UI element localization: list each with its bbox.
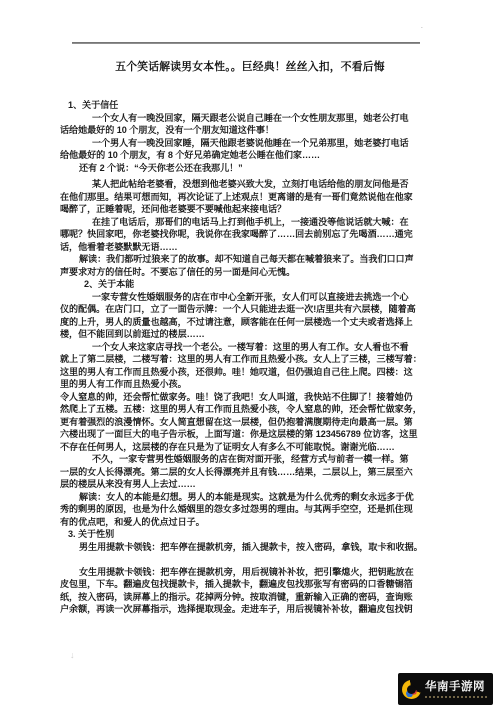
document-page: ˊ 五个笑话解读男女本性。。巨经典！丝丝入扣，不看后悔 1、关于信任一个女人有一… bbox=[0, 0, 500, 708]
text-line: 解读：女人的本能是幻想。男人的本能是现实。这就是为什么优秀的剩女永远多于优 bbox=[60, 491, 440, 504]
text-line: 话给她最好的 10 个朋友，没有一个朋友知道这件事！ bbox=[60, 124, 440, 137]
page-title: 五个笑话解读男女本性。。巨经典！丝丝入扣，不看后悔 bbox=[0, 59, 500, 74]
text-line: 楼，但不能回到以前逛过的楼层…… bbox=[60, 328, 440, 341]
text-line: 女生用提款卡领钱：把车停在提款机旁，用后视镜补补妆，把引擎熄火，把钥匙放在 bbox=[60, 566, 440, 579]
text-line: 一个女人来这家店寻找一个老公。一楼写着：这里的男人有工作。女人看也不看 bbox=[60, 341, 440, 354]
text-line: 更有着强烈的浪漫情怀。女人简直想留在这一层楼，但仍抱着满腹期待走向最高一层。第 bbox=[60, 416, 440, 429]
site-tagline-microtext bbox=[425, 696, 487, 698]
text-line: 某人把此帖给老婆看，没想到他老婆兴致大发，立刻打电话给他的朋友问他是否 bbox=[60, 178, 440, 191]
site-logo-icon bbox=[402, 680, 421, 699]
text-line: 六楼出现了一面巨大的电子告示板，上面写道：你是这层楼的第 123456789 位… bbox=[60, 428, 440, 441]
text-line: 给他最好的 10 个朋友，有 8 个好兄弟确定她老公睡在他们家…… bbox=[60, 149, 440, 162]
text-line: 仪的配偶。在店门口，立了一面告示牌：一个人只能进去逛一次!店里共有六层楼，随着高 bbox=[60, 303, 440, 316]
paragraph-end-mark: ↓ bbox=[70, 650, 75, 660]
text-line: 令人窒息的帅，还会帮忙做家务。哇！饶了我吧！女人叫道，我快站不住脚了！接着她仍 bbox=[60, 391, 440, 404]
text-line: 哪呢？快回家吧，你老婆找你呢，我说你在我家喝醉了……回去前别忘了先喝酒……通完 bbox=[60, 228, 440, 241]
text-line: 一个女人有一晚没回家，隔天跟老公说自己睡在一个女性朋友那里，她老公打电 bbox=[60, 112, 440, 125]
text-line: 度的上升，男人的质量也越高，不过请注意，顾客能在任何一层楼选一个丈夫或者选择上 bbox=[60, 316, 440, 329]
text-line: 还有 2 个说：“今天你老公还在我那儿！” bbox=[60, 162, 440, 175]
text-line: 3. 关于性别 bbox=[60, 528, 440, 541]
text-line: 里的男人有工作而且热爱小孩。 bbox=[60, 378, 440, 391]
text-line: 一个男人有一晚没回家睡，隔天他跟老婆说他睡在一个兄弟那里，她老婆打电话 bbox=[60, 137, 440, 150]
text-line: 在他们那里。结果可想而知，再次论证了上述观点！更离谱的是有一哥们竟然说他在他家 bbox=[60, 191, 440, 204]
text-line: 解读：我们都听过狼来了的故事。却不知道自己每天都在喊着狼来了。当我们口口声 bbox=[60, 253, 440, 266]
stray-tick-mark: ˊ bbox=[419, 27, 423, 34]
text-line: 在挂了电话后，那哥们的电话马上打到他手机上，一接通没等他说话就大喊：在 bbox=[60, 216, 440, 229]
text-line: 声要求对方的信任时。不要忘了信任的另一面是问心无愧。 bbox=[60, 266, 440, 279]
watermark-badge[interactable]: 华南手游网 bbox=[398, 673, 493, 705]
text-line: 话，他看着老婆默默无语…… bbox=[60, 241, 440, 254]
text-line: 皮包里，下车。翻遍皮包找提款卡，插入提款卡，翻遍皮包找那张写有密码的口香糖锡箔 bbox=[60, 578, 440, 591]
text-line: 1、关于信任 bbox=[60, 99, 440, 112]
text-line: 不存在任何男人，这层楼的存在只是为了证明女人有多么不可能取悦。谢谢光临…… bbox=[60, 441, 440, 454]
text-line: 层的楼层从来没有男人上去过…… bbox=[60, 478, 440, 491]
text-line: 2、关于本能 bbox=[60, 278, 440, 291]
text-line: 有的优点吧，和爱人的优点过日子。 bbox=[60, 516, 440, 529]
site-name: 华南手游网 bbox=[425, 681, 487, 694]
text-line: 男生用提款卡领钱：把车停在提款机旁，插入提款卡，按入密码，拿钱，取卡和收据。 bbox=[60, 541, 440, 554]
text-line: 户余额，再读一次屏幕指示，选择提取现金。走进车子，用后视镜补补妆，翻遍皮包找钥 bbox=[60, 603, 440, 616]
text-line: 不久，一家专营男性婚姻服务的店在街对面开张，经营方式与前者一模一样。第 bbox=[60, 453, 440, 466]
document-body: 1、关于信任一个女人有一晚没回家，隔天跟老公说自己睡在一个女性朋友那里，她老公打… bbox=[60, 99, 440, 616]
text-line: 就上了第二层楼，二楼写着：这里的男人有工作而且热爱小孩。女人上了三楼，三楼写着： bbox=[60, 353, 440, 366]
text-line: 这里的男人有工作而且热爱小孩，还很帅。哇！她叹道，但仍强迫自己往上爬。四楼：这 bbox=[60, 366, 440, 379]
text-line: 一层的女人长得漂亮。第二层的女人长得漂亮并且有钱……结果，二层以上，第三层至六 bbox=[60, 466, 440, 479]
header-divider bbox=[72, 42, 420, 44]
text-line bbox=[60, 553, 440, 566]
text-line: 一家专营女性婚姻服务的店在市中心全新开张，女人们可以直接进去挑选一个心 bbox=[60, 291, 440, 304]
text-line: 喝醉了，正睡着呢，还问他老婆要不要喊他起来接电话？ bbox=[60, 203, 440, 216]
text-line: 然爬上了五楼。五楼：这里的男人有工作而且热爱小孩，令人窒息的帅，还会帮忙做家务， bbox=[60, 403, 440, 416]
text-line: 秀的剩男的原因，也是为什么婚姻里的怨女多过怨男的理由。与其两手空空，还是抓住现 bbox=[60, 503, 440, 516]
text-line: 纸，按入密码，读屏幕上的指示。花掉两分钟。按取消键，重新输入正确的密码，查询账 bbox=[60, 591, 440, 604]
